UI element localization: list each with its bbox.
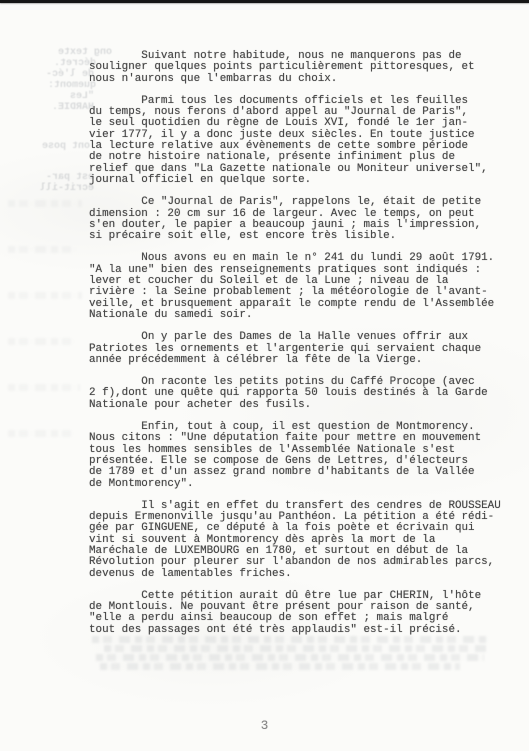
bleedthrough-text: HARDIE. <box>52 102 94 113</box>
bleedthrough-smudge <box>100 663 460 670</box>
bleedthrough-text: écrit-ill <box>40 183 94 194</box>
bleedthrough-text: est par- <box>46 172 94 183</box>
paragraph: On raconte les petits potins du Caffé Pr… <box>89 377 501 411</box>
paragraph: Il s'agit en effet du transfert des cend… <box>89 501 501 580</box>
bleedthrough-text: de l'éc- <box>46 69 94 80</box>
paragraph: Ce "Journal de Paris", rappelons le, éta… <box>89 197 501 242</box>
scan-edge-artifact <box>0 0 529 3</box>
bleedthrough-smudge <box>8 430 74 437</box>
bleedthrough-smudge <box>8 292 82 299</box>
page-number: 3 <box>261 719 269 733</box>
paragraph: Nous avons eu en main le n° 241 du lundi… <box>89 253 501 321</box>
paragraph: Suivant notre habitude, nous ne manquero… <box>89 51 501 85</box>
bleedthrough-smudge <box>96 654 484 661</box>
document-page: ong texte décret. de l'éc- quemont: "Les… <box>0 0 529 751</box>
bleedthrough-text: ont pose <box>42 141 90 152</box>
bleedthrough-smudge <box>8 338 76 345</box>
paragraph: Cette pétition aurait dû être lue par CH… <box>89 591 501 636</box>
paragraph: On y parle des Dames de la Halle venues … <box>89 332 501 366</box>
bleedthrough-smudge <box>8 246 78 253</box>
paragraph: Parmi tous les documents officiels et le… <box>89 96 501 186</box>
paragraph: Enfin, tout à coup, il est question de M… <box>89 422 501 490</box>
bleedthrough-smudge <box>8 200 82 207</box>
document-body: Suivant notre habitude, nous ne manquero… <box>89 51 501 647</box>
bleedthrough-smudge <box>8 384 80 391</box>
